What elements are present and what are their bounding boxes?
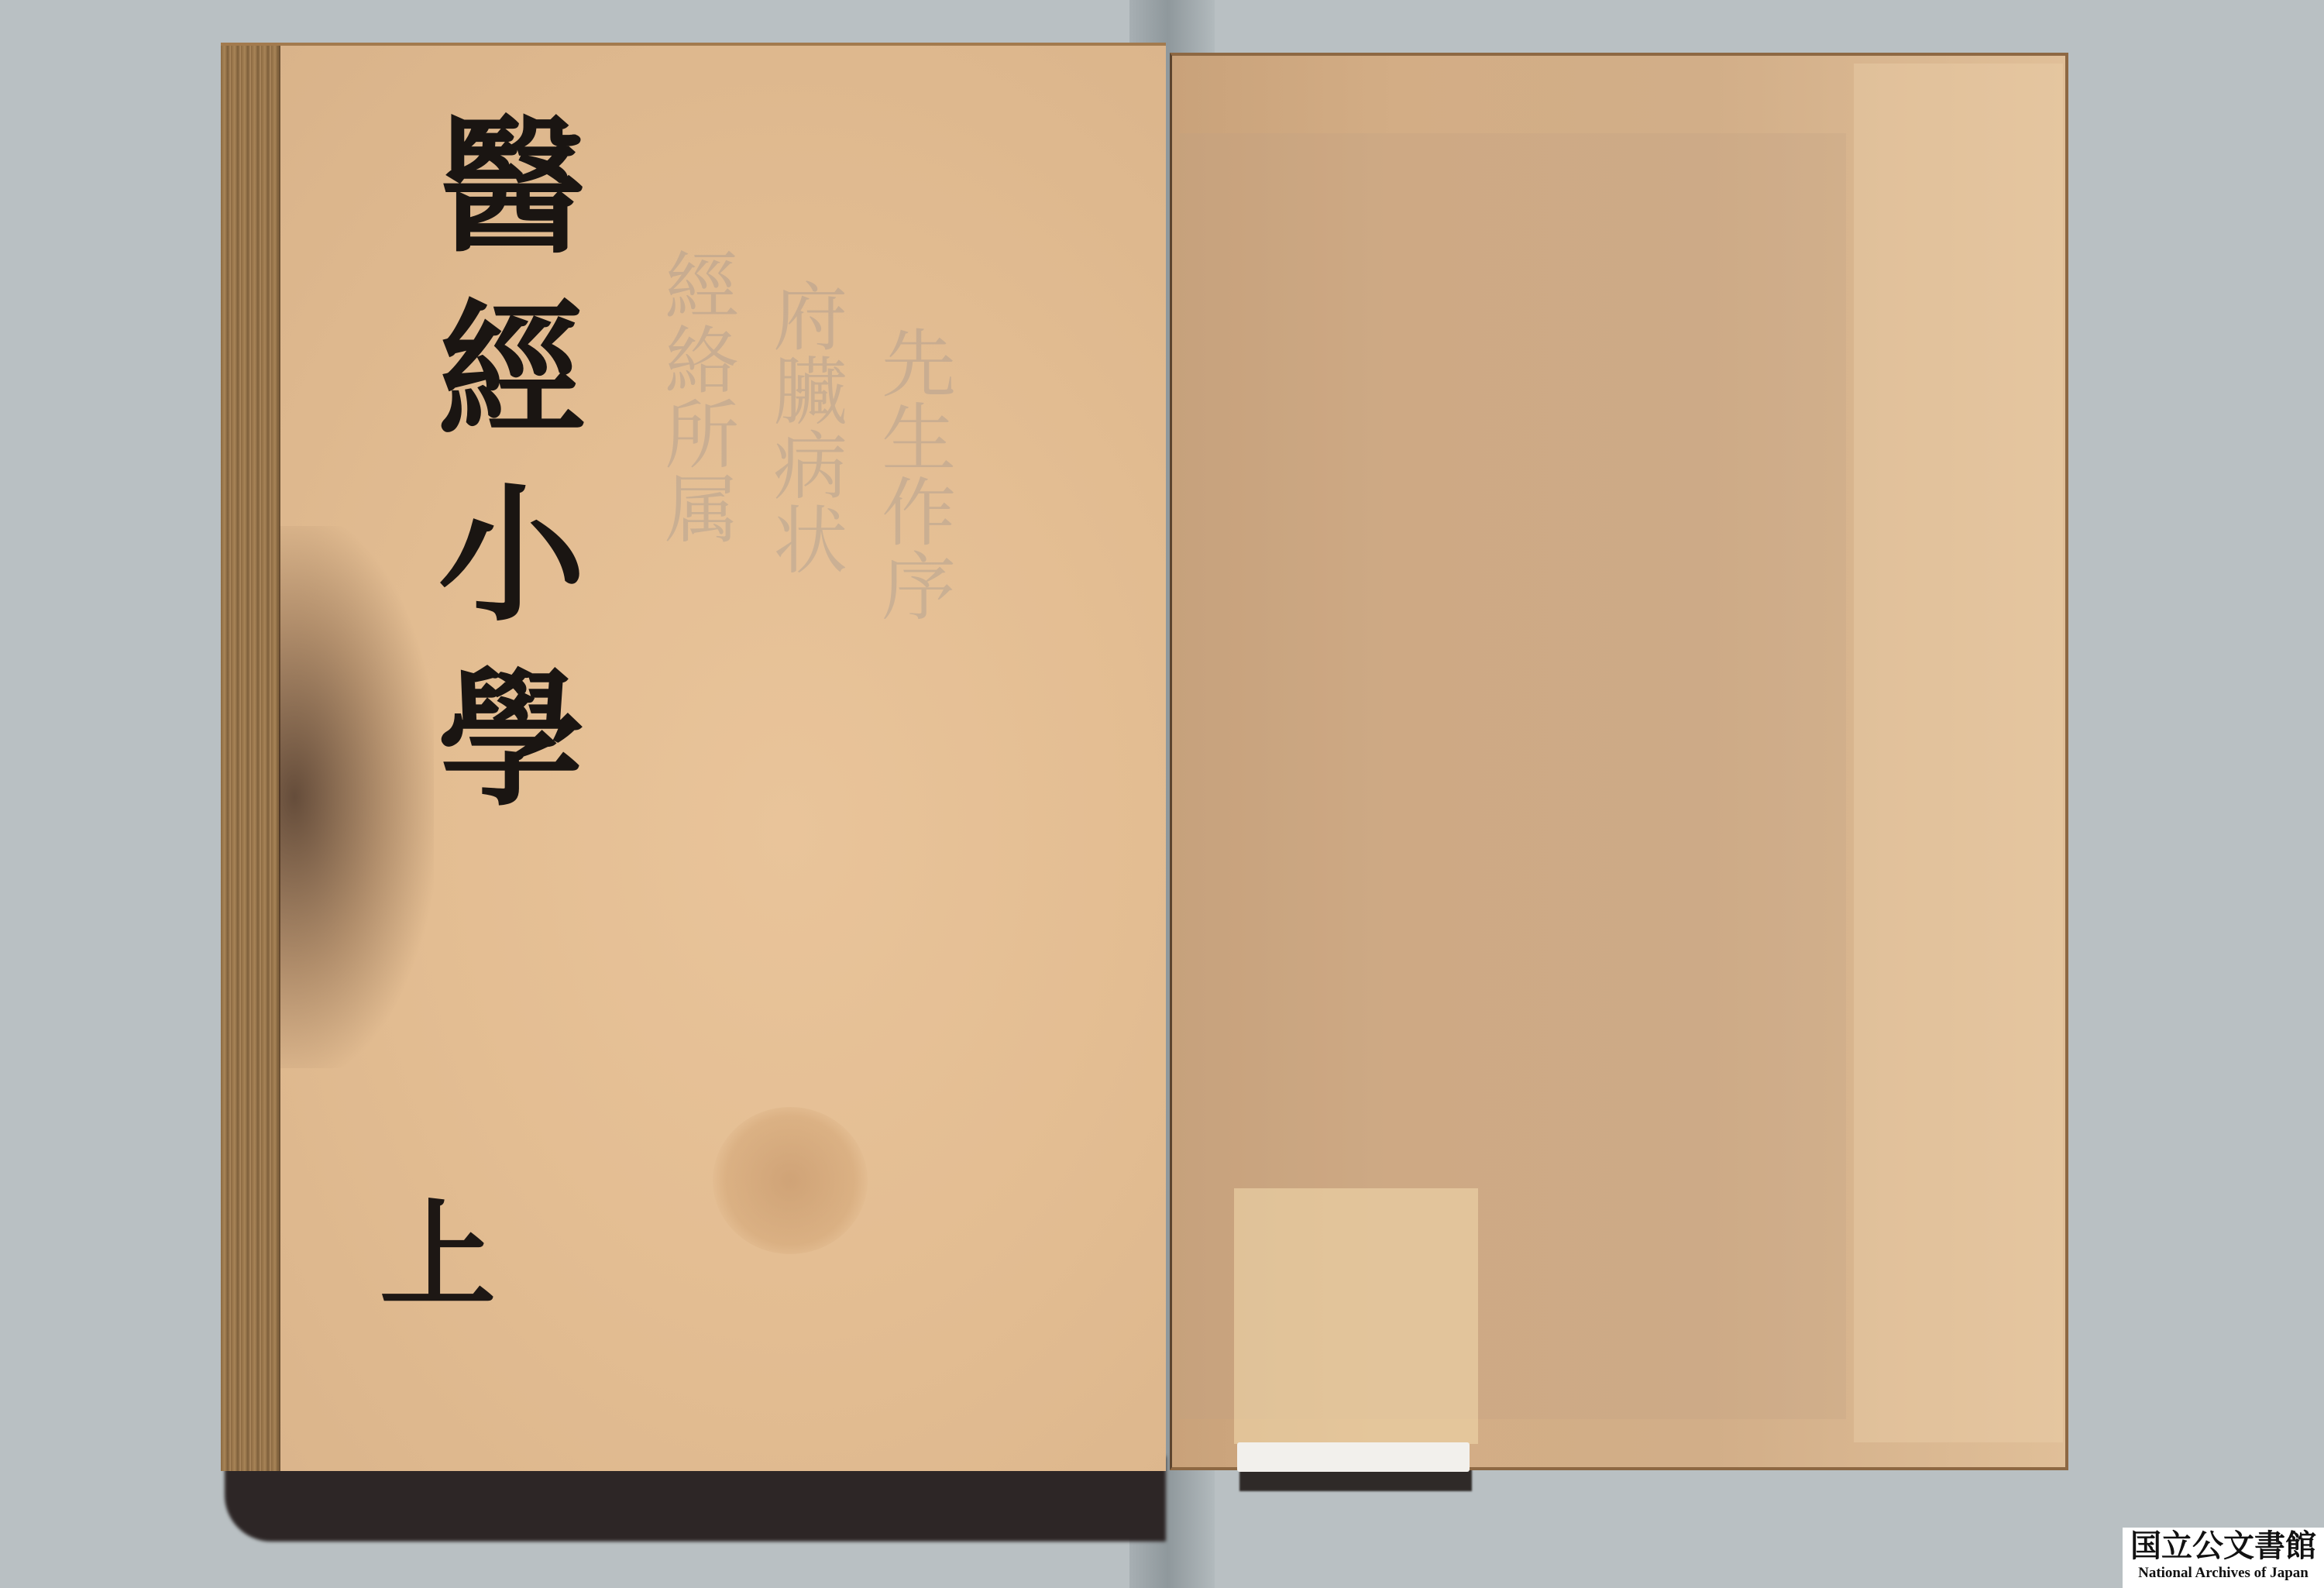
right-page xyxy=(1170,53,2068,1470)
volume-marker: 上 xyxy=(380,1162,496,1329)
bleedthrough-text-1: 經絡所属 xyxy=(655,247,737,545)
water-stain xyxy=(713,1107,868,1254)
left-page: 經絡所属 府臟病状 先生作序 xyxy=(221,43,1166,1471)
bleedthrough-text-3: 先生作序 xyxy=(871,325,954,622)
mounting-tab xyxy=(1237,1442,1470,1472)
archive-watermark: 国立公文書館 National Archives of Japan xyxy=(2123,1528,2324,1588)
right-page-overlay-strip xyxy=(1854,64,2063,1442)
mounting-patch xyxy=(1234,1188,1478,1444)
page-fore-edge xyxy=(221,46,280,1471)
watermark-english: National Archives of Japan xyxy=(2123,1565,2324,1582)
watermark-japanese: 国立公文書館 xyxy=(2123,1528,2324,1565)
bleedthrough-text-2: 府臟病状 xyxy=(763,278,845,576)
book-title: 醫經小學 xyxy=(387,108,573,846)
